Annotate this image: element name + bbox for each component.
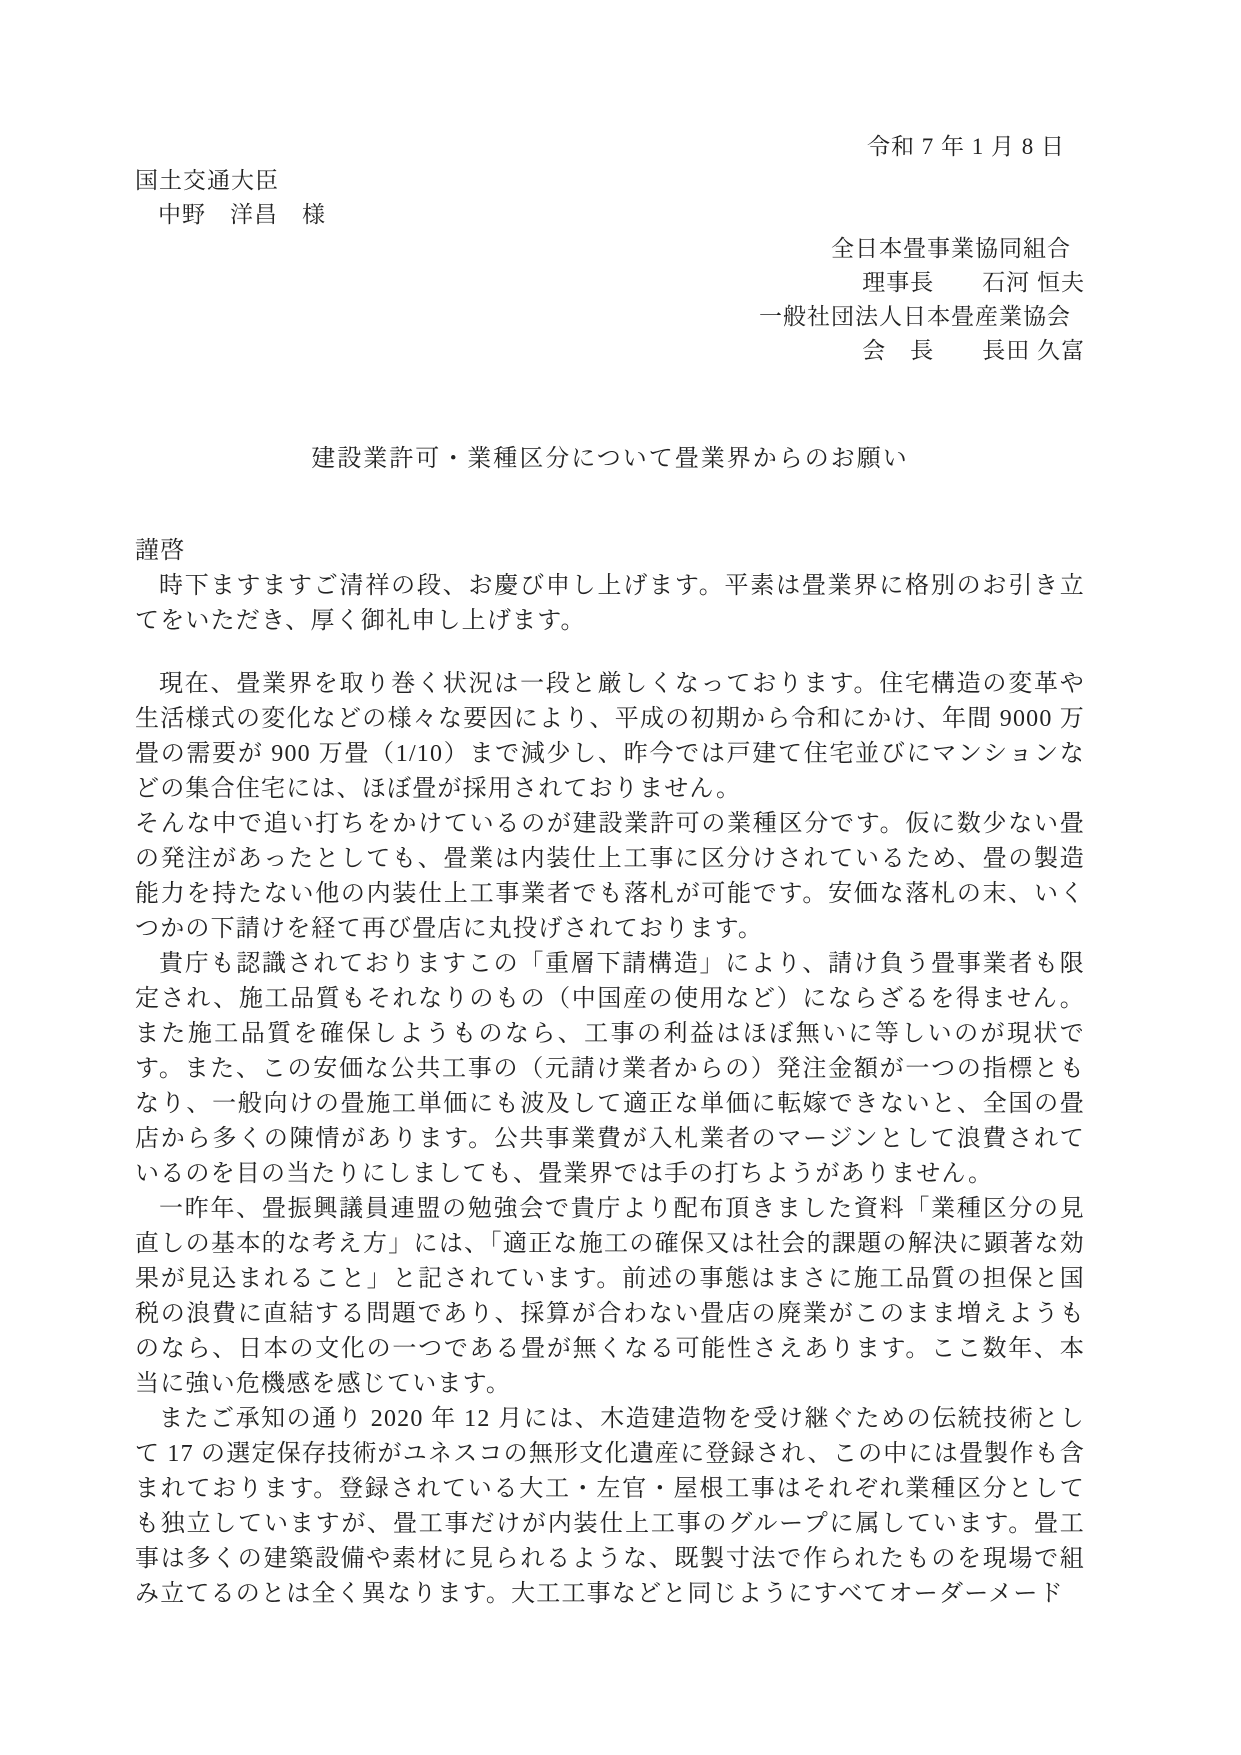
sender-block: 全日本畳事業協同組合 理事長 石河 恒夫 一般社団法人日本畳産業協会 会 長 長… [135,232,1085,368]
opening-paragraph: 時下ますますご清祥の段、お慶び申し上げます。平素は畳業界に格別のお引き立てをいた… [135,569,1085,639]
body-paragraph-3: 貴庁も認識されておりますこの「重層下請構造」により、請け負う畳事業者も限定され、… [135,947,1085,1192]
letter-subject: 建設業許可・業種区分について畳業界からのお願い [135,442,1085,477]
sender-representative-1: 理事長 石河 恒夫 [135,266,1085,300]
body-paragraph-1: 現在、畳業界を取り巻く状況は一段と厳しくなっております。住宅構造の変革や生活様式… [135,667,1085,807]
letter-date: 令和 7 年 1 月 8 日 [135,130,1085,164]
body-paragraph-5: またご承知の通り 2020 年 12 月には、木造建造物を受け継ぐための伝統技術… [135,1402,1085,1612]
letter-body: 謹啓 時下ますますご清祥の段、お慶び申し上げます。平素は畳業界に格別のお引き立て… [135,534,1085,1612]
salutation: 謹啓 [135,534,1085,569]
sender-representative-2: 会 長 長田 久富 [135,334,1085,368]
body-paragraph-2: そんな中で追い打ちをかけているのが建設業許可の業種区分です。仮に数少ない畳の発注… [135,807,1085,947]
recipient-name: 中野 洋昌 様 [135,198,1085,232]
body-paragraph-4: 一昨年、畳振興議員連盟の勉強会で貴庁より配布頂きました資料「業種区分の見直しの基… [135,1192,1085,1402]
sender-organization-1: 全日本畳事業協同組合 [135,232,1085,266]
sender-organization-2: 一般社団法人日本畳産業協会 [135,300,1085,334]
recipient-office: 国土交通大臣 [135,164,1085,198]
letter-page: 令和 7 年 1 月 8 日 国土交通大臣 中野 洋昌 様 全日本畳事業協同組合… [0,0,1241,1755]
